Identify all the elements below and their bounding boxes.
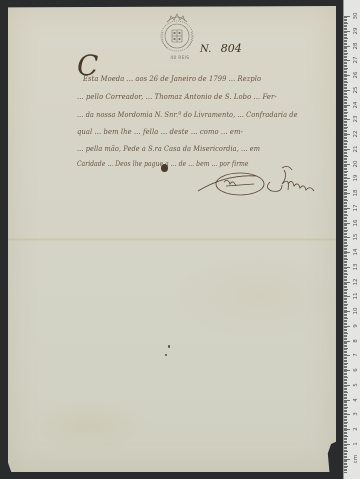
ink-speck xyxy=(165,354,167,356)
ruler-label: 29 xyxy=(353,26,359,36)
ruler-label: 9 xyxy=(353,321,359,331)
paper-fold-line xyxy=(8,238,336,241)
ruler-label: 6 xyxy=(353,365,359,375)
royal-seal-icon xyxy=(157,12,197,54)
ruler-label: 18 xyxy=(353,188,359,198)
ruler-label: 14 xyxy=(353,247,359,257)
seal-caption: 40 REIS xyxy=(165,55,195,60)
ruler-label: 23 xyxy=(353,114,359,124)
ruler-label: 13 xyxy=(353,262,359,272)
text-line-2: ... pello Correador, ... Thomaz Antonio … xyxy=(77,92,310,101)
ruler-label: 10 xyxy=(353,306,359,316)
text-line-3: ... da nossa Mordomia N. Snr.ª do Livram… xyxy=(77,110,302,119)
ruler-label: cm xyxy=(353,454,359,464)
ruler-label: 3 xyxy=(353,409,359,419)
document-number: N. 804 xyxy=(200,42,242,55)
ruler-label: 27 xyxy=(353,55,359,65)
ruler-label: 22 xyxy=(353,129,359,139)
ruler-label: 4 xyxy=(353,395,359,405)
text-line-5: ... pella mão, Pede a S.ra Casa da Miser… xyxy=(77,144,302,153)
ruler-label: 11 xyxy=(353,291,359,301)
ruler-label: 1 xyxy=(353,439,359,449)
ruler-label: 30 xyxy=(353,11,359,21)
number-prefix: N. xyxy=(200,44,211,55)
text-line-4: qual ... bem lhe ... fella ... deste ...… xyxy=(77,127,310,136)
signature-flourish xyxy=(196,164,326,204)
measurement-ruler: 3029282726252423222120191817161514131211… xyxy=(343,0,360,479)
ruler-label: 15 xyxy=(353,232,359,242)
ruler-label: 17 xyxy=(353,203,359,213)
ruler-label: 24 xyxy=(353,100,359,110)
ruler-label: 2 xyxy=(353,424,359,434)
ruler-label: 20 xyxy=(353,159,359,169)
ink-speck xyxy=(168,345,170,348)
ruler-tick xyxy=(344,472,347,473)
ruler-label: 12 xyxy=(353,277,359,287)
ruler-label: 28 xyxy=(353,41,359,51)
ruler-label: 19 xyxy=(353,173,359,183)
ruler-label: 7 xyxy=(353,350,359,360)
text-line-1: Esta Moeda ... aos 26 de Janeiro de 1799… xyxy=(83,74,313,83)
ruler-label: 8 xyxy=(353,336,359,346)
ruler-label: 5 xyxy=(353,380,359,390)
number-value: 804 xyxy=(221,42,242,55)
ruler-label: 25 xyxy=(353,85,359,95)
ruler-label: 16 xyxy=(353,218,359,228)
ruler-label: 21 xyxy=(353,144,359,154)
ruler-label: 26 xyxy=(353,70,359,80)
ink-blot xyxy=(161,164,168,172)
